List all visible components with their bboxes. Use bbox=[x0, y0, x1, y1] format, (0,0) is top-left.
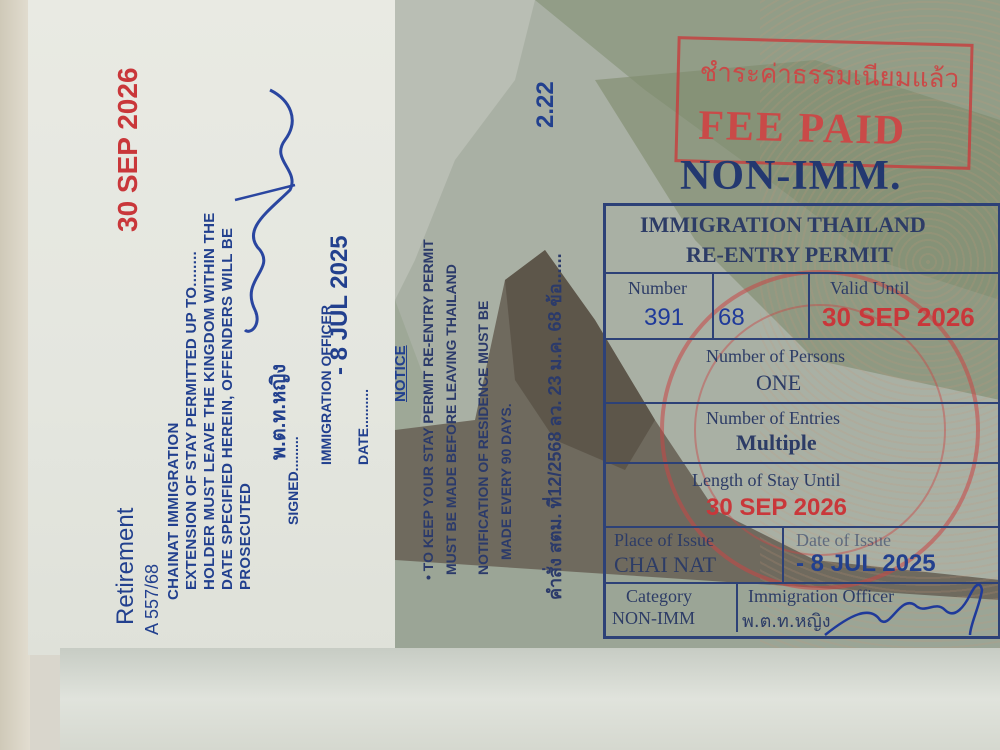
ext-line-5: PROSECUTED bbox=[238, 483, 253, 590]
re-entry-permit-stamp: IMMIGRATION THAILAND RE-ENTRY PERMIT Num… bbox=[603, 203, 1000, 639]
date-of-issue-value: - 8 JUL 2025 bbox=[796, 550, 936, 578]
fee-paid-english: FEE PAID bbox=[698, 102, 907, 155]
extension-date-until: 30 SEP 2026 bbox=[112, 67, 144, 232]
extension-date-stamp: - 8 JUL 2025 bbox=[326, 235, 354, 375]
valid-until-value: 30 SEP 2026 bbox=[822, 302, 975, 333]
entries-value: Multiple bbox=[736, 430, 817, 456]
length-of-stay-label: Length of Stay Until bbox=[692, 470, 840, 491]
officer-signature-left bbox=[200, 80, 310, 340]
permit-year: 68 bbox=[718, 304, 745, 332]
fee-paid-stamp: ชำระค่าธรรมเนียมแล้ว FEE PAID bbox=[674, 36, 973, 170]
number-label: Number bbox=[628, 278, 687, 299]
notice-title: NOTICE bbox=[392, 345, 409, 402]
date-of-issue-label: Date of Issue bbox=[796, 530, 891, 551]
persons-label: Number of Persons bbox=[706, 346, 845, 367]
permit-number: 391 bbox=[644, 304, 684, 332]
notice-line-3: NOTIFICATION OF RESIDENCE MUST BE bbox=[475, 301, 491, 575]
fee-paid-thai: ชำระค่าธรรมเนียมแล้ว bbox=[699, 52, 959, 100]
notice-line-2: MUST BE MADE BEFORE LEAVING THAILAND bbox=[443, 264, 459, 575]
permit-title-2: RE-ENTRY PERMIT bbox=[686, 242, 893, 268]
category-value: NON-IMM bbox=[612, 608, 695, 629]
notice-line-1: • TO KEEP YOUR STAY PERMIT RE-ENTRY PERM… bbox=[420, 239, 436, 580]
entries-label: Number of Entries bbox=[706, 408, 840, 429]
permit-officer-name: พ.ต.ท.หญิง bbox=[742, 606, 831, 635]
place-of-issue-label: Place of Issue bbox=[614, 530, 714, 551]
handwritten-reference: A 557/68 bbox=[142, 564, 163, 635]
officer-signature-right bbox=[820, 575, 990, 645]
ext-line-1: CHAINAT IMMIGRATION bbox=[166, 422, 181, 600]
ext-line-2: EXTENSION OF STAY PERMITTED UP TO.......… bbox=[184, 251, 199, 590]
passport-page-bottom bbox=[60, 648, 1000, 750]
length-of-stay-value: 30 SEP 2026 bbox=[706, 494, 847, 522]
table-surface bbox=[0, 0, 30, 750]
permit-title-1: IMMIGRATION THAILAND bbox=[640, 212, 926, 238]
place-of-issue-value: CHAI NAT bbox=[614, 552, 716, 578]
visa-type-title: NON-IMM. bbox=[680, 152, 901, 200]
category-label: Category bbox=[626, 586, 692, 607]
notice-date-label: DATE.......... bbox=[355, 389, 371, 465]
order-reference: คำสั่ง สตม. ที่12/2568 ลว. 23 ม.ค. 68 ข้… bbox=[540, 253, 569, 600]
persons-value: ONE bbox=[756, 370, 801, 396]
order-item-number: 2.22 bbox=[532, 81, 560, 128]
valid-until-label: Valid Until bbox=[830, 278, 910, 299]
notice-line-4: MADE EVERY 90 DAYS. bbox=[498, 403, 514, 560]
handwritten-retirement: Retirement bbox=[112, 508, 140, 625]
signed-label: SIGNED......... bbox=[285, 436, 301, 525]
